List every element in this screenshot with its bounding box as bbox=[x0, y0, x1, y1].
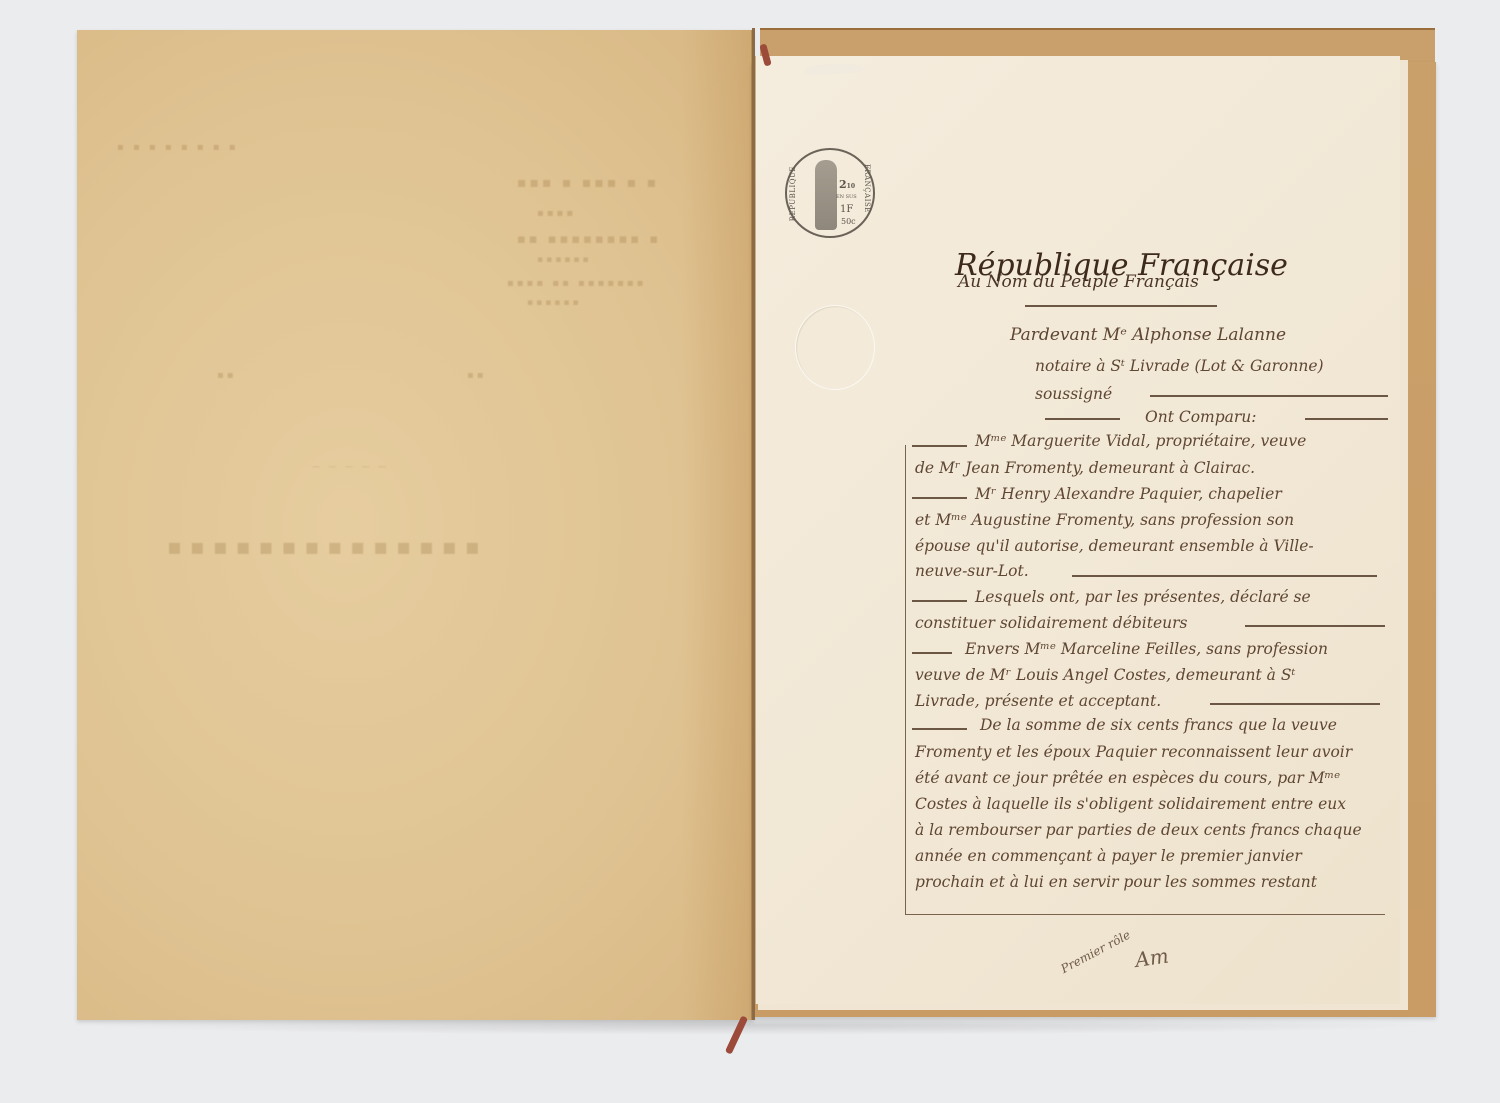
ghost-print-line: ▪▪▪ ▪ ▪▪▪ ▪ ▪ bbox=[517, 175, 659, 191]
indent-rule bbox=[912, 652, 952, 654]
body-line: neuve-sur-Lot. bbox=[915, 562, 1029, 580]
fill-rule bbox=[1245, 625, 1385, 627]
body-line: à la rembourser par parties de deux cent… bbox=[915, 821, 1362, 839]
body-line: Lesquels ont, par les présentes, déclaré… bbox=[975, 588, 1311, 606]
preamble-line-1: Pardevant Mᵉ Alphonse Lalanne bbox=[1010, 325, 1286, 345]
body-line: constituer solidairement débiteurs bbox=[915, 614, 1188, 632]
ghost-print-line: ▪ ▪ ▪ ▪ ▪ ▪ ▪ ▪ bbox=[117, 142, 238, 153]
indent-rule bbox=[912, 600, 967, 602]
document-subtitle: Au Nom du Peuple Français bbox=[958, 272, 1199, 292]
marianne-figure-icon bbox=[815, 160, 837, 230]
binding-spine bbox=[752, 28, 755, 1020]
body-line: et Mᵐᵉ Augustine Fromenty, sans professi… bbox=[915, 511, 1294, 529]
ghost-print-title: ▪▪▪▪▪▪▪▪▪▪▪▪▪▪ bbox=[167, 535, 488, 560]
embossed-seal-icon bbox=[795, 305, 875, 390]
body-line: veuve de Mʳ Louis Angel Costes, demeuran… bbox=[915, 666, 1295, 684]
body-line: été avant ce jour prêtée en espèces du c… bbox=[915, 769, 1340, 787]
fill-rule bbox=[1210, 703, 1380, 705]
stamp-value-top: 210 bbox=[839, 178, 855, 191]
preamble-line-2: notaire à Sᵗ Livrade (Lot & Garonne) bbox=[1035, 357, 1324, 375]
initials-signature: Am bbox=[1134, 944, 1170, 972]
body-line: Fromenty et les époux Paquier reconnaiss… bbox=[915, 743, 1352, 761]
body-line: année en commençant à payer le premier j… bbox=[915, 847, 1302, 865]
fill-rule bbox=[1045, 418, 1120, 420]
body-line: Mʳ Henry Alexandre Paquier, chapelier bbox=[975, 485, 1282, 503]
header-divider bbox=[1025, 305, 1217, 307]
fill-rule bbox=[1150, 395, 1388, 397]
body-line: de Mʳ Jean Fromenty, demeurant à Clairac… bbox=[915, 459, 1255, 477]
revenue-stamp-icon: REPUBLIQUE FRANÇAISE 210 EN SUS 1F 50c bbox=[785, 148, 875, 238]
indent-rule bbox=[912, 445, 967, 447]
body-line: Envers Mᵐᵉ Marceline Feilles, sans profe… bbox=[965, 640, 1328, 658]
body-line: De la somme de six cents francs que la v… bbox=[980, 716, 1337, 734]
body-line: épouse qu'il autorise, demeurant ensembl… bbox=[915, 537, 1314, 555]
fill-rule bbox=[1072, 575, 1377, 577]
stamp-value-bottom: 1F bbox=[840, 204, 853, 215]
ghost-print-line: ▪▪ bbox=[217, 370, 237, 381]
stamp-ring-left: REPUBLIQUE bbox=[789, 166, 797, 221]
fill-rule bbox=[1305, 418, 1388, 420]
ghost-print-line: ▪▪▪▪ ▪▪ ▪▪▪▪▪▪▪ bbox=[507, 278, 646, 289]
ghost-print-line: ▪▪ ▪▪▪▪▪▪▪▪ ▪ bbox=[517, 232, 661, 247]
body-line: Costes à laquelle ils s'obligent solidai… bbox=[915, 795, 1346, 813]
ghost-print-line: — — — — — bbox=[312, 462, 389, 471]
body-line: Livrade, présente et acceptant. bbox=[915, 692, 1161, 710]
left-cover-page: ▪ ▪ ▪ ▪ ▪ ▪ ▪ ▪ ▪▪▪ ▪ ▪▪▪ ▪ ▪ ▪▪▪▪ ▪▪ ▪▪… bbox=[77, 30, 753, 1020]
indent-rule bbox=[912, 728, 967, 730]
ghost-print-line: ▪▪ bbox=[467, 370, 487, 381]
body-line: prochain et à lui en servir pour les som… bbox=[915, 873, 1317, 891]
indent-rule bbox=[912, 497, 967, 499]
stamp-value-cents: 50c bbox=[841, 217, 856, 226]
ont-comparu: Ont Comparu: bbox=[1145, 408, 1257, 426]
ghost-print-line: ▪▪▪▪▪▪ bbox=[527, 298, 582, 308]
ghost-print-line: ▪▪▪▪▪▪ bbox=[537, 255, 592, 265]
ghost-print-line: ▪▪▪▪ bbox=[537, 208, 576, 219]
body-line: Mᵐᵉ Marguerite Vidal, propriétaire, veuv… bbox=[975, 432, 1306, 450]
preamble-line-3: soussigné bbox=[1035, 385, 1112, 403]
stamp-ring-right: FRANÇAISE bbox=[863, 164, 871, 213]
stamp-caption: EN SUS bbox=[836, 194, 857, 200]
